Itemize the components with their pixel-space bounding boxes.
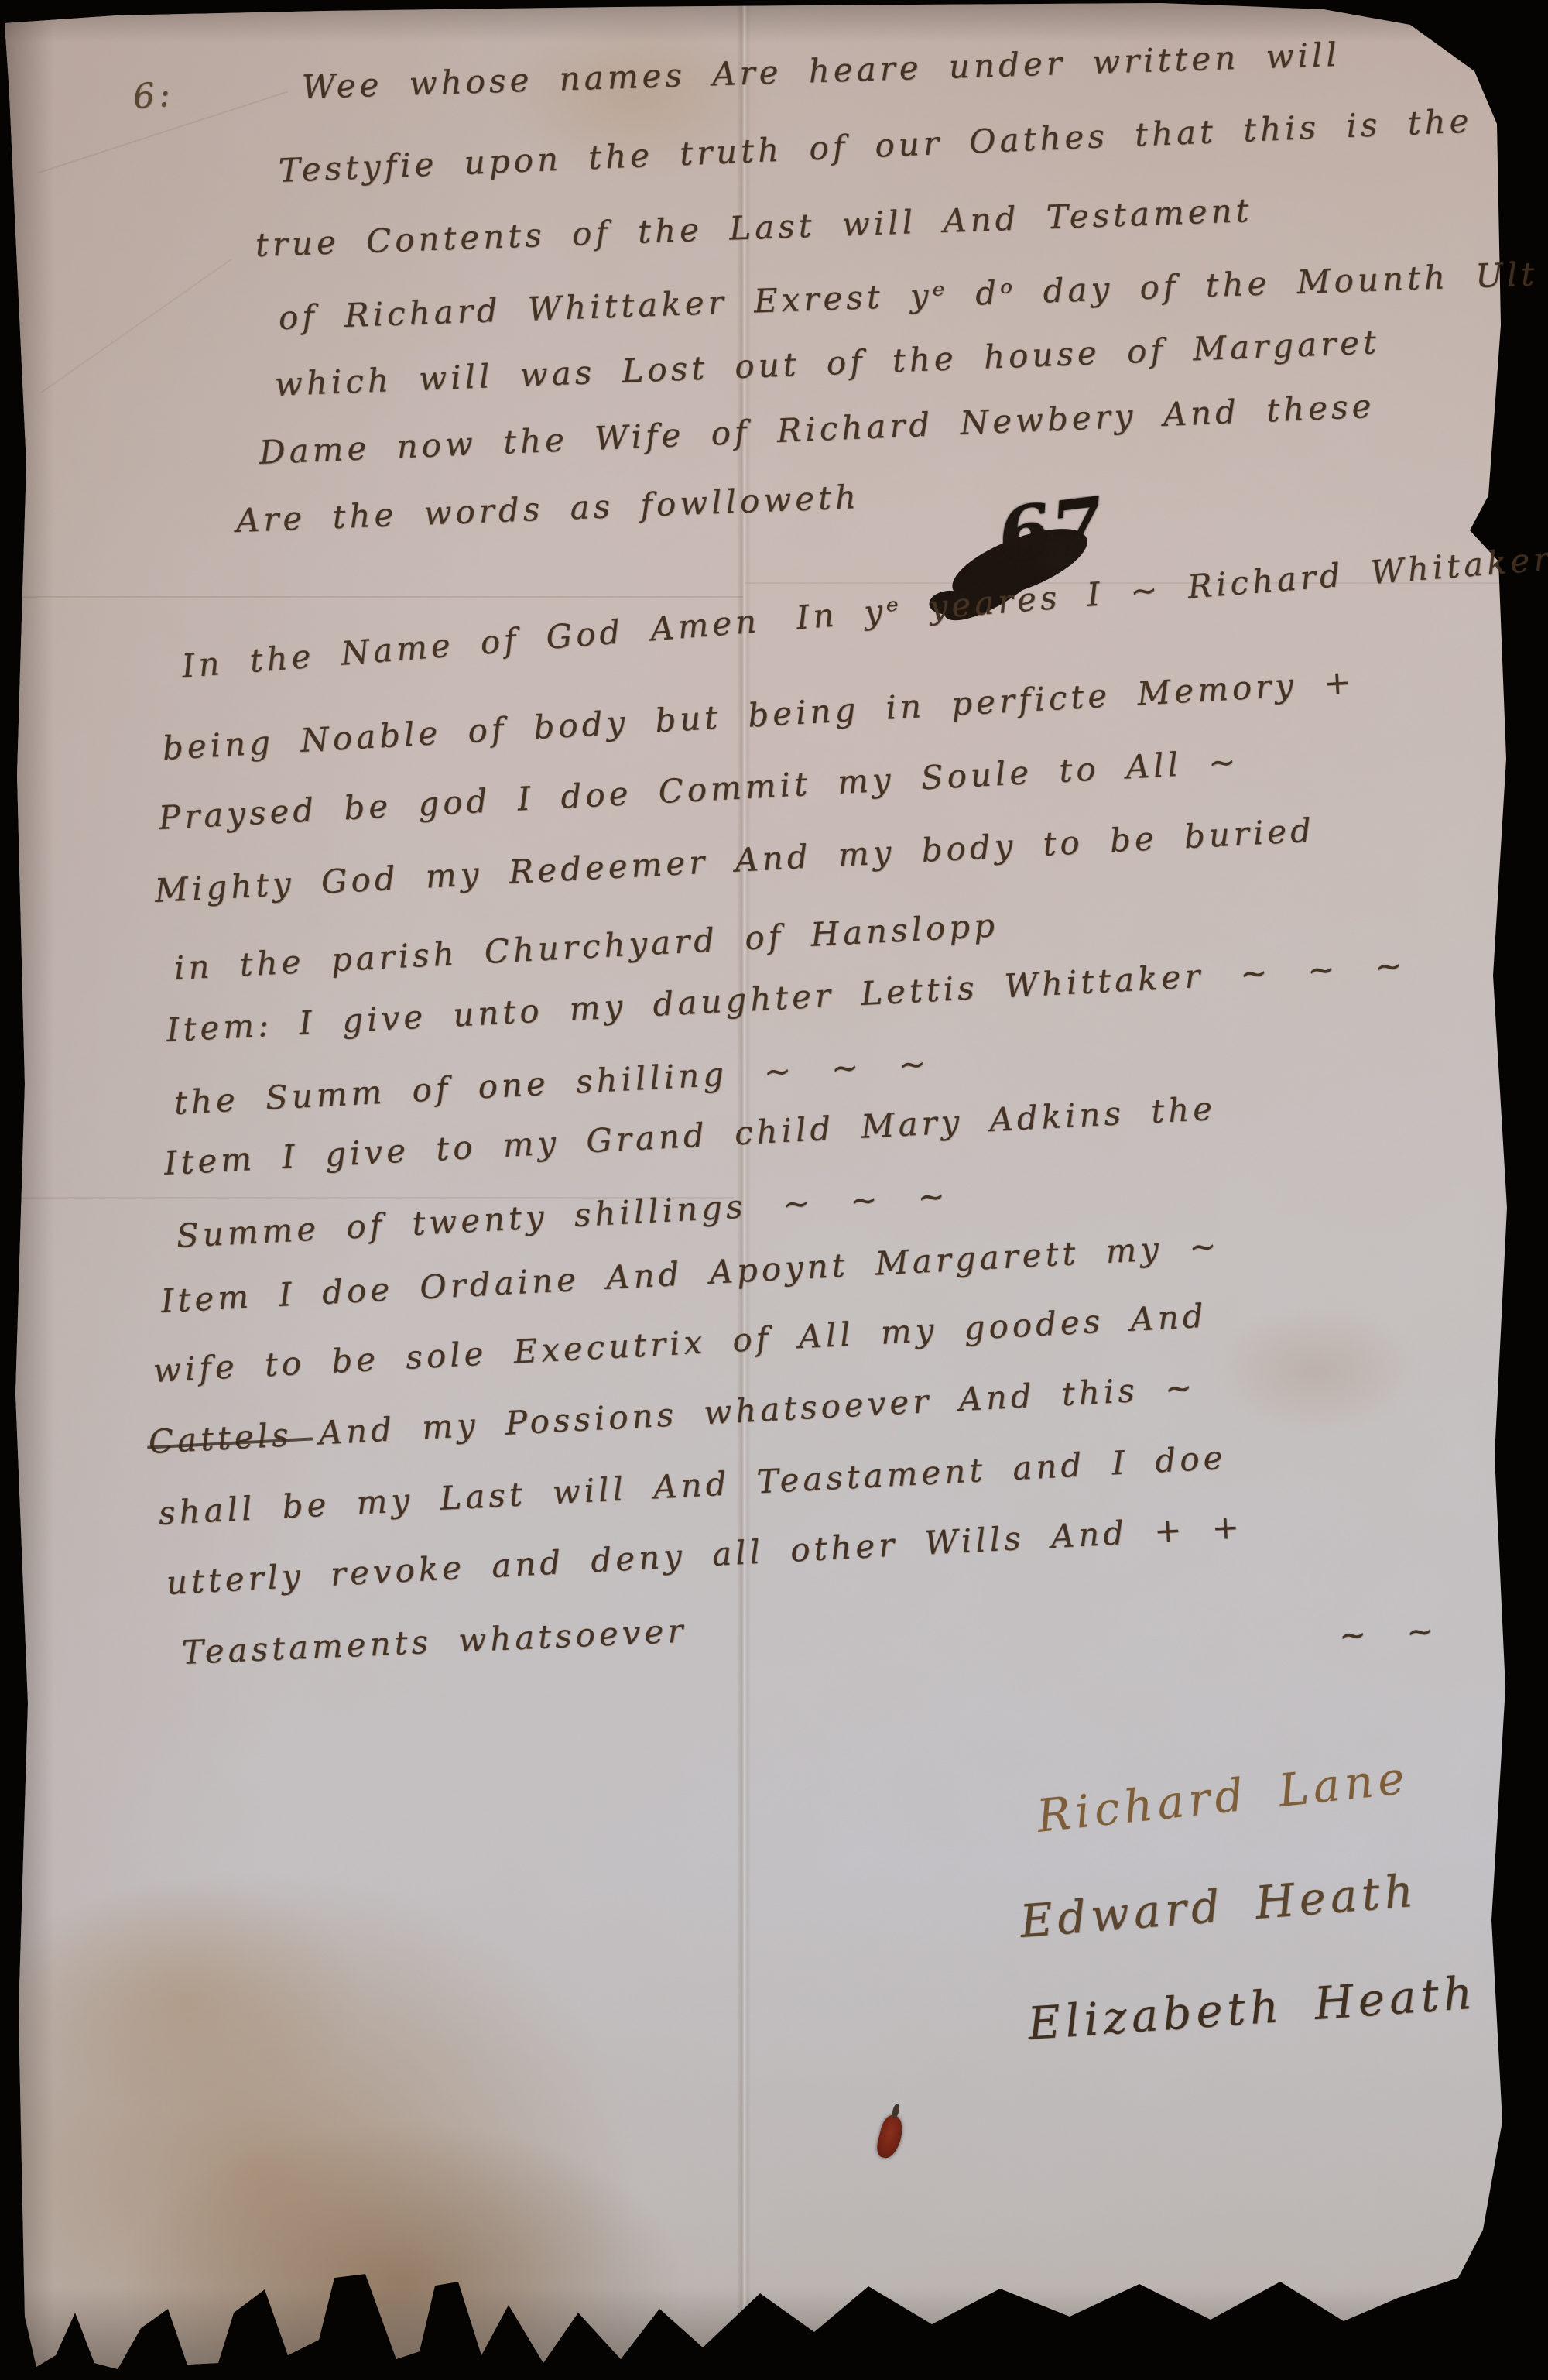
ink-blot-number: 67 <box>994 480 1110 580</box>
ink-blot: 67 <box>994 480 1110 580</box>
horizontal-crease <box>15 596 743 598</box>
page-number: 6: <box>132 74 175 117</box>
manuscript-photo: 6: Wee whose names Are heare under writt… <box>0 0 1548 2380</box>
flourish-mark: ~ ~ <box>1338 1611 1439 1655</box>
